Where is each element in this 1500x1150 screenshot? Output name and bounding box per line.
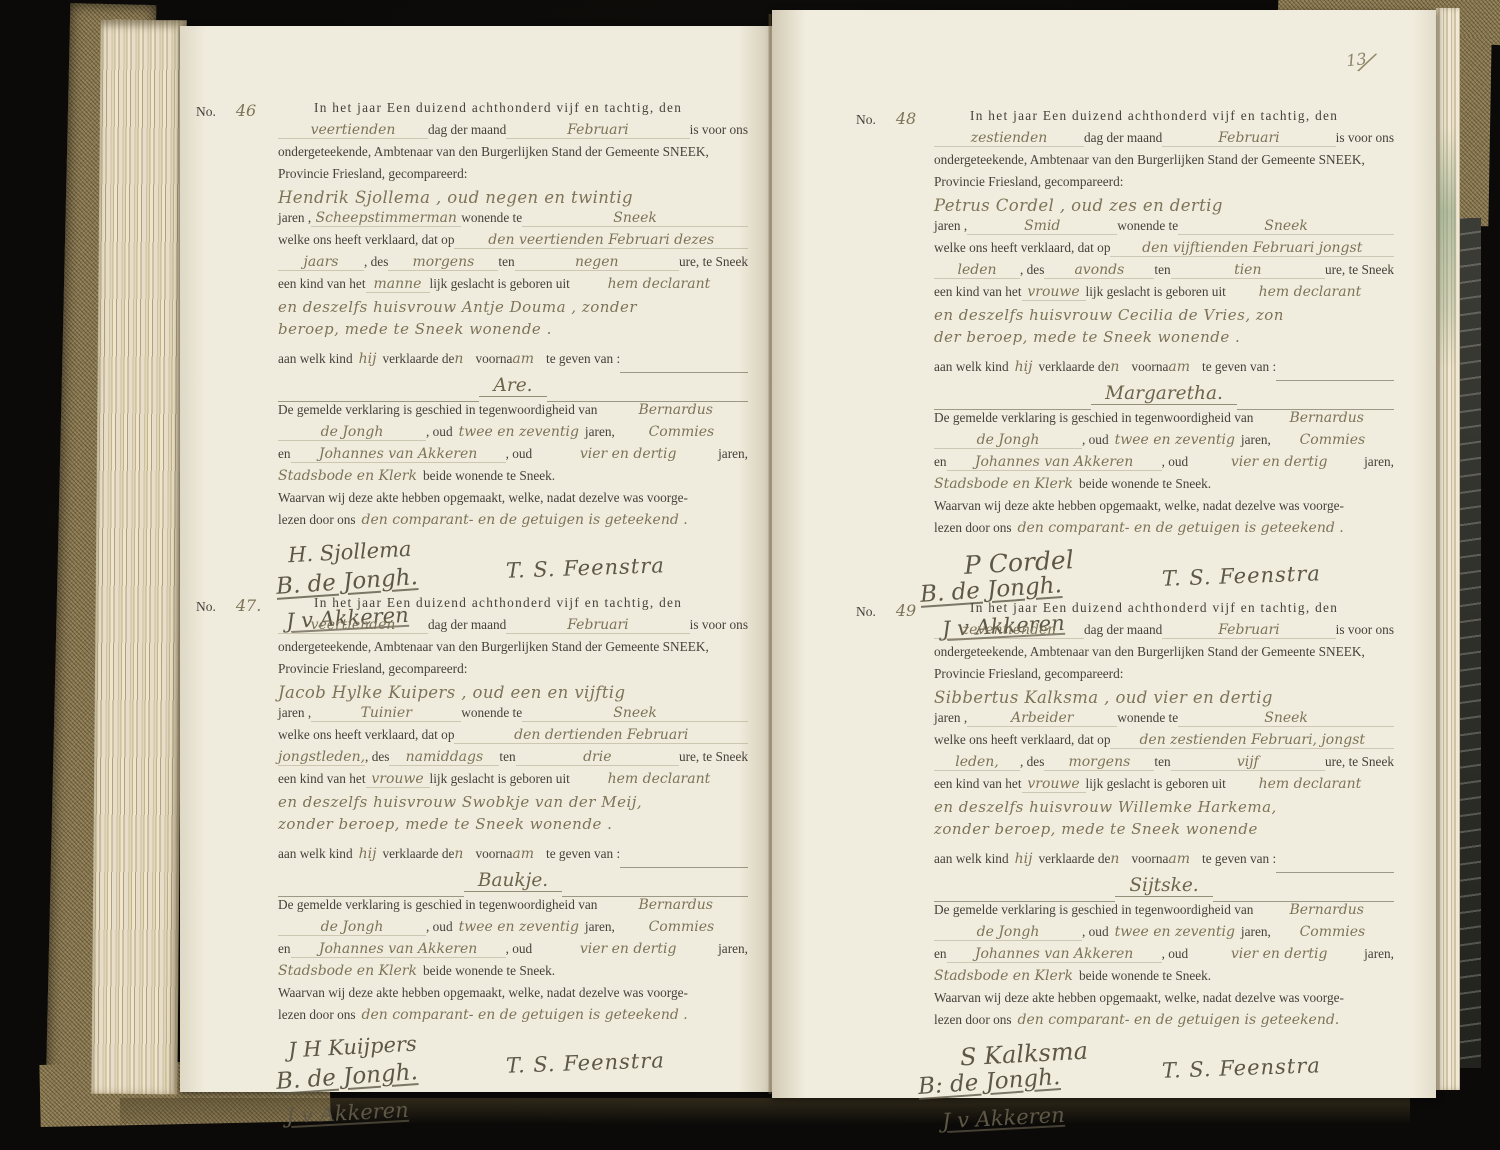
no-label: No. (856, 604, 876, 619)
witnesses-line-3: en Johannes van Akkeren , oud vier en de… (934, 454, 1394, 476)
printed-fragment: voorna (475, 846, 512, 862)
printed-fragment: welke ons heeft verklaard, dat op (278, 727, 454, 743)
declaration-date-line: welke ons heeft verklaard, dat op den ze… (934, 732, 1394, 754)
mother-line-1: en deszelfs huisvrouw Antje Douma , zond… (278, 298, 748, 320)
form-line-year: In het jaar Een duizend achthonderd vijf… (934, 108, 1394, 130)
event-date: den zestienden Februari, jongst (1110, 732, 1394, 749)
witness1-firstname: Bernardus (1259, 410, 1394, 426)
printed-fragment: wonende te (1117, 710, 1178, 726)
declarant-line: Petrus Cordel , oud zes en dertig (934, 196, 1394, 218)
gender-line: een kind van het vrouwe lijk geslacht is… (934, 284, 1394, 306)
occupation-line: jaren , Arbeider wonende te Sneek (934, 710, 1394, 732)
event-date: den veertienden Februari dezes (454, 232, 748, 249)
mother-line-1: en deszelfs huisvrouw Cecilia de Vries, … (934, 306, 1394, 328)
signature-block: S Kalksma B: de Jongh. J v Akkeren T. S.… (934, 1040, 1394, 1142)
part-of-day: namiddags (389, 749, 499, 766)
signature-registrar: T. S. Feenstra (506, 1048, 666, 1078)
closing-line-1: Waarvan wij deze akte hebben opgemaakt, … (934, 498, 1394, 520)
form-line-province: Provincie Friesland, gecompareerd: (278, 166, 748, 188)
printed-fragment: beide wonende te Sneek. (423, 963, 555, 979)
suffix-n: n (1110, 359, 1119, 375)
witness1-surname: de Jongh (934, 432, 1082, 449)
ruled-line (934, 403, 1091, 410)
printed-fragment: een kind van het (934, 284, 1022, 300)
form-line-date: zeventienden dag der maand Februari is v… (934, 622, 1394, 644)
occupation-line: jaren , Smid wonende te Sneek (934, 218, 1394, 240)
witness2-name: Johannes van Akkeren (947, 454, 1162, 471)
form-line-registrar: ondergeteekende, Ambtenaar van den Burge… (278, 639, 748, 661)
closing-line-2: lezen door ons den comparant- en de getu… (278, 1007, 748, 1029)
printed-fragment: wonende te (461, 210, 522, 226)
declaration-date-line: welke ons heeft verklaard, dat op den de… (278, 727, 748, 749)
suffix-am: am (512, 846, 534, 862)
witnesses-line-3: en Johannes van Akkeren , oud vier en de… (278, 941, 748, 963)
page-edges-left (91, 20, 186, 1095)
child-name: Margaretha. (1091, 383, 1237, 405)
record-number-value: 48 (896, 109, 916, 128)
printed-fragment: jaren, (1364, 454, 1394, 470)
occupation-line: jaren , Scheepstimmerman wonende te Snee… (278, 210, 748, 232)
printed-fragment: is voor ons (690, 122, 748, 138)
signature-declarant: J H Kuijpers (287, 1032, 417, 1063)
no-label: No. (856, 112, 876, 127)
declarant-name-age: Sibbertus Kalksma , oud vier en dertig (934, 688, 1273, 707)
witness1-age: twee en zeventig (1115, 924, 1235, 940)
mother-name-cont: der beroep, mede te Sneek wonende . (934, 328, 1240, 346)
witnesses-line-2: de Jongh , oud twee en zeventig jaren, C… (934, 924, 1394, 946)
suffix-am: am (1168, 359, 1190, 375)
gender-line: een kind van het vrouwe lijk geslacht is… (934, 776, 1394, 798)
witness1-occupation: Commies (615, 424, 748, 440)
gender: vrouwe (366, 771, 430, 788)
record-number-value: 49 (896, 601, 916, 620)
part-of-day: morgens (388, 254, 498, 271)
printed-fragment: lezen door ons (278, 512, 356, 528)
printed-fragment: jaren, (1241, 432, 1271, 448)
month-written: Februari (506, 122, 689, 139)
witness1-age: twee en zeventig (459, 424, 579, 440)
mother-line-1: en deszelfs huisvrouw Swobkje van der Me… (278, 793, 748, 815)
witness2-age: vier en dertig (538, 941, 718, 957)
child-name-line: Margaretha. (934, 383, 1394, 410)
printed-fragment: , oud (1082, 432, 1109, 448)
form-line-province: Provincie Friesland, gecompareerd: (934, 666, 1394, 688)
hour: negen (515, 254, 679, 271)
pronoun: hij (1015, 359, 1033, 375)
fore-edge-green-stain (1438, 128, 1456, 368)
printed-fragment: dag der maand (1084, 130, 1162, 146)
printed-fragment: te geven van : (1202, 359, 1276, 375)
part-of-day: avonds (1044, 262, 1154, 279)
suffix-n: n (454, 846, 463, 862)
no-label: No. (196, 104, 216, 119)
printed-fragment: en (278, 941, 291, 957)
closing-line-1: Waarvan wij deze akte hebben opgemaakt, … (278, 490, 748, 512)
witness1-firstname: Bernardus (603, 897, 748, 913)
mother-line-2: beroep, mede te Sneek wonende . (278, 320, 748, 342)
witnesses-line-2: de Jongh , oud twee en zeventig jaren, C… (934, 432, 1394, 454)
printed-fragment: en (934, 946, 947, 962)
closing-line-1: Waarvan wij deze akte hebben opgemaakt, … (278, 985, 748, 1007)
printed-fragment: De gemelde verklaring is geschied in teg… (278, 402, 597, 418)
born-from: hem declarant (1226, 776, 1394, 792)
declaration-date-line: welke ons heeft verklaard, dat op den ve… (278, 232, 748, 254)
witnesses-line-4: Stadsbode en Klerk beide wonende te Snee… (278, 468, 748, 490)
declarant-line: Hendrik Sjollema , oud negen en twintig (278, 188, 748, 210)
declarant-line: Jacob Hylke Kuipers , oud een en vijftig (278, 683, 748, 705)
signature-witness1: B. de Jongh. (275, 1059, 418, 1095)
printed-fragment: , oud (426, 424, 453, 440)
mother-name-cont: zonder beroep, mede te Sneek wonende . (278, 815, 612, 833)
closing-line-2: lezen door ons den comparant- en de getu… (278, 512, 748, 534)
printed-fragment: verklaarde de (1038, 851, 1110, 867)
suffix-n: n (1110, 851, 1119, 867)
record-number: No. 48 (856, 109, 916, 129)
gender: vrouwe (1022, 776, 1086, 793)
printed-fragment: ten (1154, 754, 1170, 770)
witness1-age: twee en zeventig (459, 919, 579, 935)
mother-name: en deszelfs huisvrouw Swobkje van der Me… (278, 793, 642, 811)
mother-name-cont: beroep, mede te Sneek wonende . (278, 320, 552, 338)
signature-registrar: T. S. Feenstra (1162, 1053, 1322, 1083)
signature-block: J H Kuijpers B. de Jongh. J v Akkeren T.… (278, 1035, 748, 1137)
name-declaration-line: aan welk kind hij verklaarde de n voorna… (278, 846, 748, 868)
printed-fragment: , oud (1162, 454, 1189, 470)
residence: Sneek (522, 210, 748, 227)
signature-declarant: H. Sjollema (287, 537, 412, 567)
ruled-line (1213, 895, 1394, 902)
printed-fragment: lijk geslacht is geboren uit (1086, 284, 1226, 300)
mother-name: en deszelfs huisvrouw Willemke Harkema, (934, 798, 1277, 816)
closing-line-2: lezen door ons den comparant- en de getu… (934, 520, 1394, 542)
hour: drie (516, 749, 679, 766)
birth-record-46: No. 46 In het jaar Een duizend achthonde… (278, 100, 748, 642)
printed-fragment: dag der maand (428, 122, 506, 138)
witness2-name: Johannes van Akkeren (291, 941, 506, 958)
closing-handwritten: den comparant- en de getuigen is geteeke… (1018, 1012, 1340, 1028)
day-written: zeventienden (934, 622, 1084, 639)
form-line-year: In het jaar Een duizend achthonderd vijf… (278, 100, 748, 122)
printed-fragment: dag der maand (1084, 622, 1162, 638)
time-line: jongstleden, , des namiddags ten drie ur… (278, 749, 748, 771)
pronoun: hij (1015, 851, 1033, 867)
ruled-line (547, 395, 748, 402)
printed-fragment: lezen door ons (934, 520, 1012, 536)
printed-fragment: verklaarde de (382, 846, 454, 862)
form-line-province: Provincie Friesland, gecompareerd: (934, 174, 1394, 196)
witness2-age: vier en dertig (538, 446, 718, 462)
photo-background: 13⁄ No. 46 In het jaar Een duizend achth… (0, 0, 1500, 1150)
printed-fragment: jaren, (718, 941, 748, 957)
printed-fragment: , des (1020, 754, 1044, 770)
printed-fragment: , oud (506, 941, 533, 957)
printed-fragment: De gemelde verklaring is geschied in teg… (934, 410, 1253, 426)
witnesses-line-1: De gemelde verklaring is geschied in teg… (934, 902, 1394, 924)
name-declaration-line: aan welk kind hij verklaarde de n voorna… (934, 359, 1394, 381)
printed-fragment: te geven van : (546, 846, 620, 862)
declarant-name-age: Hendrik Sjollema , oud negen en twintig (278, 188, 633, 207)
residence: Sneek (522, 705, 748, 722)
folio-number: 13⁄ (1344, 41, 1372, 73)
ruled-line (1276, 866, 1394, 873)
witnesses-line-4: Stadsbode en Klerk beide wonende te Snee… (934, 968, 1394, 990)
signature-witness2: J v Akkeren (285, 1098, 409, 1128)
printed-fragment: beide wonende te Sneek. (1079, 476, 1211, 492)
form-line-date: veertienden dag der maand Februari is vo… (278, 617, 748, 639)
signature-witness2: J v Akkeren (941, 1103, 1065, 1133)
witnesses-line-1: De gemelde verklaring is geschied in teg… (278, 897, 748, 919)
mother-line-2: der beroep, mede te Sneek wonende . (934, 328, 1394, 350)
record-number-value: 47. (236, 596, 261, 615)
ruled-line (1276, 374, 1394, 381)
no-label: No. (196, 599, 216, 614)
witness2-name: Johannes van Akkeren (947, 946, 1162, 963)
witnesses-line-1: De gemelde verklaring is geschied in teg… (934, 410, 1394, 432)
suffix-n: n (454, 351, 463, 367)
child-name-line: Sijtske. (934, 875, 1394, 902)
pronoun: hij (359, 351, 377, 367)
witness2-occupation: Stadsbode en Klerk (278, 468, 417, 484)
child-name-line: Baukje. (278, 870, 748, 897)
printed-fragment: lijk geslacht is geboren uit (1086, 776, 1226, 792)
printed-fragment: en (278, 446, 291, 462)
form-line-date: veertienden dag der maand Februari is vo… (278, 122, 748, 144)
printed-fragment: wonende te (1117, 218, 1178, 234)
printed-fragment: verklaarde de (382, 351, 454, 367)
printed-fragment: , oud (506, 446, 533, 462)
printed-fragment: De gemelde verklaring is geschied in teg… (934, 902, 1253, 918)
printed-fragment: te geven van : (546, 351, 620, 367)
ruled-line (278, 395, 479, 402)
form-line-date: zestienden dag der maand Februari is voo… (934, 130, 1394, 152)
printed-fragment: ure, te Sneek (679, 254, 748, 270)
printed-fragment: , des (364, 254, 388, 270)
ruled-line (278, 890, 464, 897)
printed-fragment: en (934, 454, 947, 470)
mother-line-1: en deszelfs huisvrouw Willemke Harkema, (934, 798, 1394, 820)
printed-fragment: aan welk kind (934, 359, 1009, 375)
printed-fragment: wonende te (461, 705, 522, 721)
gender-line: een kind van het manne lijk geslacht is … (278, 276, 748, 298)
witness1-occupation: Commies (615, 919, 748, 935)
printed-fragment: ure, te Sneek (679, 749, 748, 765)
event-date-cont: leden (934, 262, 1020, 279)
printed-fragment: voorna (475, 351, 512, 367)
mother-line-2: zonder beroep, mede te Sneek wonende (934, 820, 1394, 842)
printed-fragment: verklaarde de (1038, 359, 1110, 375)
hour: vijf (1171, 754, 1325, 771)
time-line: leden , des avonds ten tien ure, te Snee… (934, 262, 1394, 284)
book-gutter (768, 14, 772, 1094)
event-date-cont: leden, (934, 754, 1020, 771)
record-number-value: 46 (236, 101, 256, 120)
form-line-year: In het jaar Een duizend achthonderd vijf… (934, 600, 1394, 622)
born-from: hem declarant (1226, 284, 1394, 300)
witness2-age: vier en dertig (1194, 946, 1364, 962)
printed-fragment: , des (365, 749, 389, 765)
printed-fragment: aan welk kind (934, 851, 1009, 867)
gender: manne (366, 276, 430, 293)
printed-fragment: te geven van : (1202, 851, 1276, 867)
printed-fragment: beide wonende te Sneek. (423, 468, 555, 484)
printed-fragment: De gemelde verklaring is geschied in teg… (278, 897, 597, 913)
closing-line-1: Waarvan wij deze akte hebben opgemaakt, … (934, 990, 1394, 1012)
mother-name: en deszelfs huisvrouw Antje Douma , zond… (278, 298, 637, 316)
witnesses-line-4: Stadsbode en Klerk beide wonende te Snee… (934, 476, 1394, 498)
declarant-line: Sibbertus Kalksma , oud vier en dertig (934, 688, 1394, 710)
printed-fragment: is voor ons (1336, 622, 1394, 638)
closing-handwritten: den comparant- en de getuigen is geteeke… (1018, 520, 1344, 536)
ruled-line (620, 366, 748, 373)
witness1-firstname: Bernardus (603, 402, 748, 418)
printed-fragment: jaren, (1364, 946, 1394, 962)
printed-fragment: , oud (1082, 924, 1109, 940)
closing-handwritten: den comparant- en de getuigen is geteeke… (362, 1007, 688, 1023)
witnesses-line-1: De gemelde verklaring is geschied in teg… (278, 402, 748, 424)
printed-fragment: ure, te Sneek (1325, 754, 1394, 770)
witness2-age: vier en dertig (1194, 454, 1364, 470)
printed-fragment: is voor ons (690, 617, 748, 633)
mother-line-2: zonder beroep, mede te Sneek wonende . (278, 815, 748, 837)
witness1-occupation: Commies (1271, 924, 1394, 940)
witnesses-line-3: en Johannes van Akkeren , oud vier en de… (934, 946, 1394, 968)
printed-fragment: aan welk kind (278, 846, 353, 862)
gender: vrouwe (1022, 284, 1086, 301)
printed-fragment: lijk geslacht is geboren uit (430, 771, 570, 787)
day-written: veertienden (278, 617, 428, 634)
event-date-cont: jongstleden, (278, 749, 365, 766)
day-written: veertienden (278, 122, 428, 139)
pronoun: hij (359, 846, 377, 862)
printed-fragment: welke ons heeft verklaard, dat op (278, 232, 454, 248)
printed-fragment: , oud (1162, 946, 1189, 962)
printed-fragment: voorna (1131, 359, 1168, 375)
printed-fragment: jaren, (1241, 924, 1271, 940)
mother-name-cont: zonder beroep, mede te Sneek wonende (934, 820, 1258, 838)
form-line-year: In het jaar Een duizend achthonderd vijf… (278, 595, 748, 617)
printed-fragment: lezen door ons (934, 1012, 1012, 1028)
part-of-day: morgens (1044, 754, 1154, 771)
day-written: zestienden (934, 130, 1084, 147)
record-number: No. 46 (196, 101, 256, 121)
occupation: Arbeider (967, 710, 1117, 727)
occupation-line: jaren , Tuinier wonende te Sneek (278, 705, 748, 727)
witness2-name: Johannes van Akkeren (291, 446, 506, 463)
event-date-cont: jaars (278, 254, 364, 271)
witness1-age: twee en zeventig (1115, 432, 1235, 448)
declaration-date-line: welke ons heeft verklaard, dat op den vi… (934, 240, 1394, 262)
printed-fragment: jaren , (278, 210, 311, 226)
witness2-occupation: Stadsbode en Klerk (934, 968, 1073, 984)
printed-fragment: jaren, (585, 919, 615, 935)
event-date: den dertienden Februari (454, 727, 748, 744)
form-line-registrar: ondergeteekende, Ambtenaar van den Burge… (934, 152, 1394, 174)
printed-fragment: ure, te Sneek (1325, 262, 1394, 278)
closing-handwritten: den comparant- en de getuigen is geteeke… (362, 512, 688, 528)
ruled-line (1237, 403, 1394, 410)
month-written: Februari (1162, 130, 1335, 147)
signature-registrar: T. S. Feenstra (1162, 561, 1322, 591)
form-line-registrar: ondergeteekende, Ambtenaar van den Burge… (934, 644, 1394, 666)
printed-fragment: dag der maand (428, 617, 506, 633)
ruled-line (620, 861, 748, 868)
witnesses-line-2: de Jongh , oud twee en zeventig jaren, C… (278, 424, 748, 446)
form-line-registrar: ondergeteekende, Ambtenaar van den Burge… (278, 144, 748, 166)
mother-name: en deszelfs huisvrouw Cecilia de Vries, … (934, 306, 1284, 324)
hour: tien (1171, 262, 1325, 279)
born-from: hem declarant (570, 276, 748, 292)
printed-fragment: , oud (426, 919, 453, 935)
declarant-name-age: Jacob Hylke Kuipers , oud een en vijftig (278, 683, 625, 702)
birth-record-48: No. 48 In het jaar Een duizend achthonde… (934, 108, 1394, 650)
time-line: jaars , des morgens ten negen ure, te Sn… (278, 254, 748, 276)
printed-fragment: jaren, (585, 424, 615, 440)
born-from: hem declarant (570, 771, 748, 787)
suffix-am: am (512, 351, 534, 367)
witnesses-line-2: de Jongh , oud twee en zeventig jaren, C… (278, 919, 748, 941)
witness1-surname: de Jongh (278, 919, 426, 936)
printed-fragment: is voor ons (1336, 130, 1394, 146)
witnesses-line-3: en Johannes van Akkeren , oud vier en de… (278, 446, 748, 468)
ruled-line (934, 895, 1115, 902)
printed-fragment: jaren , (934, 710, 967, 726)
printed-fragment: voorna (1131, 851, 1168, 867)
birth-record-49: No. 49 In het jaar Een duizend achthonde… (934, 600, 1394, 1142)
residence: Sneek (1178, 218, 1394, 235)
printed-fragment: lezen door ons (278, 1007, 356, 1023)
printed-fragment: jaren , (278, 705, 311, 721)
occupation: Scheepstimmerman (311, 210, 461, 227)
witness1-surname: de Jongh (934, 924, 1082, 941)
closing-line-2: lezen door ons den comparant- en de getu… (934, 1012, 1394, 1034)
record-number: No. 47. (196, 596, 261, 616)
witness2-occupation: Stadsbode en Klerk (278, 963, 417, 979)
printed-fragment: , des (1020, 262, 1044, 278)
ruled-line (562, 890, 748, 897)
witness1-surname: de Jongh (278, 424, 426, 441)
residence: Sneek (1178, 710, 1394, 727)
child-name: Sijtske. (1115, 875, 1212, 897)
printed-fragment: een kind van het (934, 776, 1022, 792)
printed-fragment: jaren, (718, 446, 748, 462)
occupation: Tuinier (311, 705, 461, 722)
child-name-line: Are. (278, 375, 748, 402)
time-line: leden, , des morgens ten vijf ure, te Sn… (934, 754, 1394, 776)
printed-fragment: beide wonende te Sneek. (1079, 968, 1211, 984)
printed-fragment: een kind van het (278, 771, 366, 787)
name-declaration-line: aan welk kind hij verklaarde de n voorna… (278, 351, 748, 373)
month-written: Februari (506, 617, 689, 634)
witness1-occupation: Commies (1271, 432, 1394, 448)
printed-fragment: een kind van het (278, 276, 366, 292)
printed-fragment: ten (499, 749, 515, 765)
printed-fragment: welke ons heeft verklaard, dat op (934, 732, 1110, 748)
form-line-province: Provincie Friesland, gecompareerd: (278, 661, 748, 683)
printed-fragment: jaren , (934, 218, 967, 234)
printed-fragment: lijk geslacht is geboren uit (430, 276, 570, 292)
suffix-am: am (1168, 851, 1190, 867)
birth-record-47: No. 47. In het jaar Een duizend achthond… (278, 595, 748, 1137)
witnesses-line-4: Stadsbode en Klerk beide wonende te Snee… (278, 963, 748, 985)
printed-fragment: aan welk kind (278, 351, 353, 367)
witness1-firstname: Bernardus (1259, 902, 1394, 918)
witness2-occupation: Stadsbode en Klerk (934, 476, 1073, 492)
signature-registrar: T. S. Feenstra (506, 553, 666, 583)
child-name: Baukje. (464, 870, 562, 892)
signature-witness1: B: de Jongh. (917, 1064, 1061, 1100)
printed-fragment: ten (498, 254, 514, 270)
child-name: Are. (479, 375, 546, 397)
